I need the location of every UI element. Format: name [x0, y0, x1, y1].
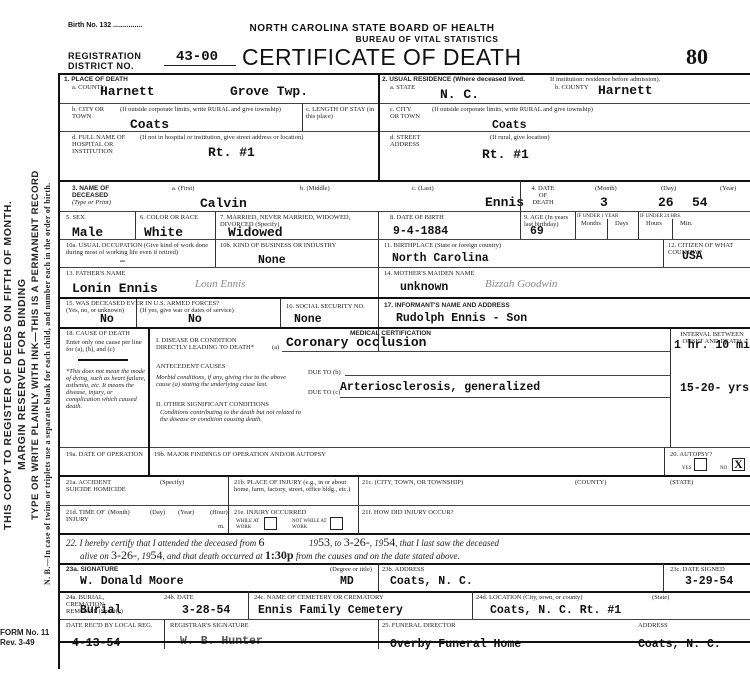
- certification-line2-suffix: from the causes and on the date stated a…: [296, 551, 460, 561]
- death-day-value: 26: [658, 195, 674, 210]
- marital-status-value: Widowed: [228, 225, 283, 240]
- length-of-stay-label: c. LENGTH OF STAY (in this place): [306, 106, 376, 120]
- registration-district-value: 43-00: [164, 49, 236, 66]
- armed-forces-label: 15. WAS DECEASED EVER IN U.S. ARMED FORC…: [66, 300, 219, 307]
- sex-label: 5. SEX: [66, 214, 85, 221]
- divider: [663, 239, 664, 267]
- injury-day-label: (Day): [150, 509, 165, 516]
- age-value: 69: [530, 225, 544, 238]
- year-prefix: 19: [374, 538, 383, 548]
- not-while-at-work-label: NOT WHILE AT WORK: [292, 519, 328, 531]
- divider: [60, 239, 750, 240]
- death-time-value: 1:30p: [265, 548, 294, 562]
- death-city-label: b. CITY OR TOWN: [72, 106, 112, 120]
- registration-label-line1: REGISTRATION: [68, 51, 141, 61]
- year-prefix: 19: [309, 538, 318, 548]
- divider: [607, 219, 608, 239]
- certificate-header: Birth No. 132 ............... REGISTRATI…: [62, 18, 748, 70]
- form-number: FORM No. 11 Rev. 3-49: [0, 628, 49, 648]
- divider: [575, 211, 576, 239]
- under-one-year-label: IF UNDER 1 YEAR: [577, 213, 618, 220]
- middle-name-label: b. (Middle): [300, 185, 330, 192]
- divider: [164, 619, 165, 649]
- not-while-at-work-checkbox[interactable]: [330, 517, 343, 530]
- death-year-label: (Year): [720, 185, 736, 192]
- cemetery-value: Ennis Family Cemetery: [258, 604, 403, 617]
- registration-district-label: REGISTRATION DISTRICT NO.: [68, 51, 141, 71]
- date-signed-value: 3-29-54: [685, 575, 733, 588]
- divider: [60, 180, 750, 182]
- divider: [663, 563, 664, 591]
- antecedent-causes-hint: Morbid conditions, if any, giving rise t…: [156, 374, 296, 388]
- divider: [228, 505, 229, 533]
- mother-name-label: 14. MOTHER'S MAIDEN NAME: [384, 270, 474, 277]
- to-label: to: [335, 538, 342, 548]
- divider: [638, 211, 639, 239]
- injury-occurred-label: 21e. INJURY OCCURRED: [234, 509, 306, 516]
- cause-of-death-hint: Enter only one cause per line for (a), (…: [66, 339, 144, 353]
- form-top-border: [60, 73, 750, 75]
- other-conditions-hint: Conditions contributing to the death but…: [160, 409, 310, 423]
- death-day-label: (Day): [661, 185, 676, 192]
- divider: [380, 103, 750, 104]
- divider: [280, 299, 281, 327]
- registration-label-line2: DISTRICT NO.: [68, 61, 141, 71]
- burial-date-value: 3-28-54: [182, 604, 230, 617]
- divider: [148, 329, 150, 447]
- death-month-value: 3: [600, 195, 608, 210]
- due-to-b-label: DUE TO (b): [308, 369, 341, 376]
- cause-a-label: (a): [272, 344, 279, 351]
- divider: [60, 131, 378, 132]
- sex-value: Male: [72, 225, 103, 240]
- divider: [135, 211, 136, 239]
- funeral-address-label: ADDRESS: [638, 622, 668, 629]
- margin-instruction-twins: N. B.—In case of twins or triplets use a…: [43, 183, 52, 585]
- death-city-value: Coats: [130, 117, 169, 132]
- burial-type-value: Burial: [80, 604, 121, 617]
- year-prefix: 19: [142, 551, 151, 561]
- injury-time-label: 21d. TIME OF INJURY: [66, 509, 106, 523]
- attended-from-year: 53: [318, 535, 330, 549]
- registrar-signature-label: REGISTRAR'S SIGNATURE: [170, 622, 249, 629]
- informant-value: Rudolph Ennis - Son: [396, 312, 527, 325]
- death-township-value: Grove Twp.: [230, 84, 308, 99]
- cause-of-death-note: *This does not mean the mode of dying, s…: [66, 368, 146, 410]
- divider: [520, 181, 521, 211]
- cause-a-value: Coronary occlusion: [286, 335, 426, 350]
- hours-label: Hours: [646, 220, 662, 227]
- institution-label: d. FULL NAME OF HOSPITAL OR INSTITUTION: [72, 134, 132, 155]
- underline: [345, 375, 670, 376]
- funeral-director-label: 25. FUNERAL DIRECTOR: [382, 622, 456, 629]
- birthplace-value: North Carolina: [392, 252, 489, 265]
- physician-degree: MD: [340, 575, 354, 588]
- autopsy-yes-label: YES: [682, 465, 691, 472]
- divider: [60, 533, 750, 535]
- divider: [60, 103, 378, 104]
- residence-state-value: N. C.: [440, 87, 479, 102]
- institution-value: Rt. #1: [208, 145, 255, 160]
- divider: [380, 131, 750, 132]
- date-signed-label: 23c. DATE SIGNED: [670, 566, 725, 573]
- certification-prefix: 22. I hereby certify that I attended the…: [66, 538, 256, 548]
- while-at-work-label: WHILE AT WORK: [236, 519, 266, 531]
- business-value: None: [258, 254, 286, 267]
- divider: [672, 219, 673, 239]
- death-time-label: and that death occurred at: [167, 551, 263, 561]
- certification-line1: 22. I hereby certify that I attended the…: [66, 537, 499, 548]
- divider: [302, 103, 303, 131]
- divider: [60, 327, 750, 329]
- burial-location-value: Coats, N. C. Rt. #1: [490, 604, 621, 617]
- race-value: White: [144, 225, 183, 240]
- certification-line2: alive on 3-26-, 1954, and that death occ…: [80, 550, 460, 561]
- divider: [60, 267, 750, 268]
- war-service-hint: (If yes, give war or dates of service): [140, 307, 234, 314]
- institution-hint: (If not in hospital or institution, give…: [140, 134, 303, 141]
- divider: [378, 563, 379, 591]
- interval-c-value: 15-20- yrs.: [680, 382, 750, 395]
- armed-forces-hint: (Yes, no, or unknown): [66, 307, 124, 314]
- date-of-death-label: 4. DATE OF DEATH: [528, 185, 558, 206]
- divider: [60, 641, 750, 643]
- margin-instruction-register: THIS COPY TO REGISTER OF DEEDS ON FIFTH …: [2, 201, 14, 530]
- due-to-c-label: DUE TO (c): [308, 389, 340, 396]
- residence-state-label: a. STATE: [390, 84, 415, 91]
- physician-address-label: 23b. ADDRESS: [382, 566, 424, 573]
- divider: [378, 619, 379, 649]
- alive-on-year: 54: [151, 548, 163, 562]
- citizenship-label: 12. CITIZEN OF WHAT COUNTRY?: [668, 242, 750, 256]
- autopsy-no-checkbox[interactable]: X: [732, 458, 745, 471]
- place-of-death-label: 1. PLACE OF DEATH: [64, 76, 128, 83]
- operation-date-label: 19a. DATE OF OPERATION: [66, 451, 144, 458]
- injury-state-label: (STATE): [670, 479, 693, 486]
- divider: [215, 211, 216, 239]
- physician-signature: W. Donald Moore: [80, 575, 184, 588]
- last-name-label: c. (Last): [412, 185, 434, 192]
- divider: [60, 211, 750, 212]
- attended-to-year: 54: [383, 535, 395, 549]
- received-date-value: 4-13-54: [72, 637, 120, 650]
- autopsy-yes-checkbox[interactable]: [694, 458, 707, 471]
- occupation-value: —: [120, 257, 125, 266]
- first-name-value: Calvin: [200, 196, 247, 211]
- certificate-title: CERTIFICATE OF DEATH: [242, 44, 552, 71]
- divider: [664, 447, 665, 475]
- injury-how-label: 21f. HOW DID INJURY OCCUR?: [362, 509, 454, 516]
- ssn-label: 16. SOCIAL SECURITY NO.: [286, 303, 365, 310]
- cemetery-label: 24c. NAME OF CEMETERY OR CREMATORY: [254, 594, 384, 601]
- divider: [60, 475, 750, 477]
- residence-street-label: d. STREET ADDRESS: [390, 134, 430, 148]
- funeral-director-value: Overby Funeral Home: [390, 638, 521, 651]
- divider: [60, 297, 750, 299]
- residence-city-label: c. CITY OR TOWN: [390, 106, 420, 120]
- degree-label: (Degree or title): [330, 566, 372, 573]
- residence-county-value: Harnett: [598, 83, 653, 98]
- under-24-hours-label: IF UNDER 24 HRS.: [640, 213, 681, 220]
- divider: [60, 505, 750, 506]
- usual-residence-hint: If institution: residence before admissi…: [550, 76, 660, 83]
- form-revision-label: Rev. 3-49: [0, 638, 49, 648]
- disease-label: I. DISEASE OR CONDITION DIRECTLY LEADING…: [156, 337, 266, 351]
- race-label: 6. COLOR OR RACE: [140, 214, 198, 221]
- autopsy-label: 20. AUTOPSY?: [670, 451, 712, 458]
- divider: [472, 591, 473, 619]
- informant-label: 17. INFORMANT'S NAME AND ADDRESS: [384, 302, 510, 309]
- citizenship-value: USA: [682, 250, 703, 263]
- divider: [78, 359, 128, 361]
- autopsy-no-label: NO: [720, 465, 727, 472]
- death-year-value: 54: [692, 195, 708, 210]
- residence-city-hint: (If outside corporate limits, write RURA…: [432, 106, 593, 113]
- alive-on-date: 3-26-: [111, 548, 137, 562]
- mother-name-handwritten: Bizzah Goodwin: [485, 278, 557, 290]
- accident-specify-label: (Specify): [160, 479, 184, 486]
- injury-m-label: m.: [218, 523, 225, 530]
- birthplace-label: 11. BIRTHPLACE (State or foreign country…: [384, 242, 501, 249]
- divider: [228, 477, 229, 505]
- cause-c-value: Arteriosclerosis, generalized: [340, 381, 540, 394]
- signature-label: 23a. SIGNATURE: [66, 566, 118, 573]
- deceased-name-hint: (Type or Print): [72, 199, 111, 206]
- bureau-title: BUREAU OF VITAL STATISTICS: [242, 34, 552, 44]
- operation-findings-label: 19b. MAJOR FINDINGS OF OPERATION AND/OR …: [154, 451, 326, 458]
- physician-address-value: Coats, N. C.: [390, 575, 473, 588]
- other-conditions-label: II. OTHER SIGNIFICANT CONDITIONS: [156, 401, 269, 408]
- death-month-label: (Month): [595, 185, 617, 192]
- attended-from-month: 6: [259, 535, 265, 549]
- while-at-work-checkbox[interactable]: [264, 517, 277, 530]
- certificate-number: 80: [686, 44, 708, 70]
- usual-residence-label: 2. USUAL RESIDENCE (Where deceased lived…: [382, 76, 525, 83]
- business-label: 10b. KIND OF BUSINESS OR INDUSTRY: [220, 242, 375, 249]
- first-name-label: a. (First): [172, 185, 194, 192]
- father-name-value: Lonin Ennis: [72, 281, 158, 296]
- form-number-label: FORM No. 11: [0, 628, 49, 638]
- section-divider: [378, 73, 380, 181]
- death-county-value: Harnett: [100, 84, 155, 99]
- margin-instruction-binding: MARGIN RESERVED FOR BINDING: [16, 278, 28, 470]
- cause-of-death-label: 18. CAUSE OF DEATH: [66, 330, 130, 337]
- burial-date-label: 24b. DATE: [164, 594, 194, 601]
- occupation-label: 10a. USUAL OCCUPATION (Give kind of work…: [66, 242, 216, 256]
- divider: [60, 447, 750, 448]
- margin-instruction-ink: TYPE OR WRITE PLAINLY WITH INK—THIS IS A…: [30, 170, 41, 520]
- death-city-hint: (If outside corporate limits, write RURA…: [120, 106, 281, 113]
- divider: [136, 299, 137, 327]
- residence-street-hint: (If rural, give location): [490, 134, 550, 141]
- divider: [148, 447, 150, 475]
- underline: [282, 351, 670, 352]
- months-label: Months: [581, 220, 601, 227]
- divider: [60, 591, 750, 593]
- burial-state-label: (State): [652, 594, 669, 601]
- divider: [215, 239, 216, 267]
- armed-forces-value: No: [100, 313, 114, 326]
- underline: [340, 397, 670, 398]
- minutes-label: Min.: [680, 220, 692, 227]
- father-name-label: 13. FATHER'S NAME: [66, 270, 125, 277]
- war-service-value: No: [188, 313, 202, 326]
- divider: [60, 563, 750, 565]
- injury-month-label: (Month): [108, 509, 130, 516]
- mother-name-value: unknown: [400, 281, 448, 294]
- birth-date-value: 9-4-1884: [393, 225, 448, 238]
- days-label: Days: [615, 220, 628, 227]
- interval-a-value: 1 hr. 10 min.: [674, 339, 750, 352]
- injury-hour-label: (Hour): [210, 509, 228, 516]
- accident-type-label: 21a. ACCIDENT SUICIDE HOMICIDE: [66, 479, 126, 493]
- injury-place-label: 21b. PLACE OF INJURY (e.g., in or about …: [234, 479, 354, 493]
- last-name-value: Ennis: [485, 195, 524, 210]
- divider: [248, 591, 249, 619]
- attended-to-date: 3-26-: [344, 535, 370, 549]
- injury-year-label: (Year): [178, 509, 194, 516]
- divider: [670, 329, 671, 447]
- certification-suffix: that I last saw the deceased: [400, 538, 499, 548]
- injury-city-label: 21c. (CITY, TOWN, OR TOWNSHIP): [362, 479, 463, 486]
- alive-on-label: alive on: [80, 551, 109, 561]
- father-name-handwritten: Loun Ennis: [195, 278, 245, 290]
- received-date-label: DATE REC'D BY LOCAL REG.: [66, 622, 161, 629]
- injury-county-label: (COUNTY): [575, 479, 606, 486]
- burial-location-label: 24d. LOCATION (City, town, or county): [476, 594, 582, 601]
- funeral-address-value: Coats, N. C.: [638, 638, 721, 651]
- death-certificate-form: 1. PLACE OF DEATH a. COUNTY Harnett Grov…: [58, 73, 748, 669]
- birth-date-label: 8. DATE OF BIRTH: [390, 214, 444, 221]
- ssn-value: None: [294, 313, 322, 326]
- residence-street-value: Rt. #1: [482, 147, 529, 162]
- antecedent-causes-label: ANTECEDENT CAUSES: [156, 363, 225, 370]
- residence-county-label: b. COUNTY: [555, 84, 589, 91]
- birth-number: Birth No. 132 ...............: [68, 22, 142, 29]
- deceased-name-label: 3. NAME OF DECEASED: [72, 185, 122, 199]
- board-of-health-title: NORTH CAROLINA STATE BOARD OF HEALTH: [242, 23, 502, 34]
- divider: [520, 211, 521, 239]
